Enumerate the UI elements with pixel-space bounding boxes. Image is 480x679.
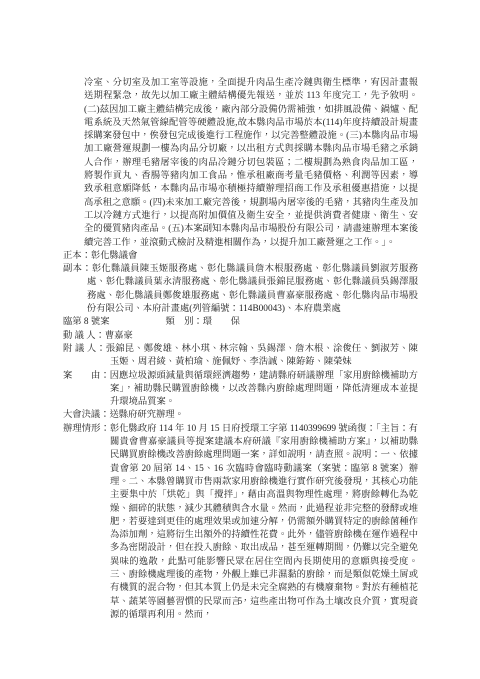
copy-recipients-value: 彰化縣議員陳玉姬服務處、彰化縣議員詹木根服務處、彰化縣議員劉淑芳服務處、彰化縣議… [87,264,418,314]
copy-recipients-label: 副本： [63,264,92,274]
document-body: 冷室、分切室及加工室等設施，全面提升肉品生產冷鏈與衛生標準，宥因計畫報送期程緊急… [63,77,418,622]
subject-label: 案 由： [63,371,110,381]
continuation-paragraph: 冷室、分切室及加工室等設施，全面提升肉品生產冷鏈與衛生標準，宥因計畫報送期程緊急… [63,77,418,250]
handling-label: 辦理情形： [63,424,110,434]
case-header: 臨第 8 號案類 別：環 保 [63,316,418,329]
original-recipient-value: 彰化縣議會 [91,251,138,261]
case-category-label: 類 別： [166,317,203,327]
document-page: 冷室、分切室及加工室等設施，全面提升肉品生產冷鏈與衛生標準，宥因計畫報送期程緊急… [0,0,480,679]
case-category-value: 環 保 [203,317,240,327]
seconders-value: 張錦昆、鄭俊雄、林小琪、林宗翰、吳錫澤、詹木根、涂俊任、劉淑芳、陳玉姬、周君綾、… [106,344,418,367]
case-number: 臨第 8 號案 [63,317,110,327]
subject-row: 案 由：因應垃圾源頭減量與循環經濟趨勢，建請縣府研議辦理「家用廚餘機補助方案」，… [63,370,418,410]
resolution-label: 大會決議： [63,410,110,420]
mover-row: 動 議 人：曹嘉豪 [63,330,418,343]
original-recipient-line: 正本：彰化縣議會 [63,250,418,263]
page-number: 5 [0,596,480,606]
seconders-label: 附 議 人： [63,344,106,354]
resolution-value: 送縣府研究辦理。 [110,410,184,420]
original-recipient-label: 正本： [63,251,91,261]
mover-label: 動 議 人： [63,331,105,341]
seconders-row: 附 議 人：張錦昆、鄭俊雄、林小琪、林宗翰、吳錫澤、詹木根、涂俊任、劉淑芳、陳玉… [63,343,418,370]
subject-value: 因應垃圾源頭減量與循環經濟趨勢，建請縣府研議辦理「家用廚餘機補助方案」，補助縣民… [110,371,418,408]
handling-value: 彰化縣政府 114 年 10 月 15 日府授環工字第 1140399699 號… [110,424,418,620]
resolution-row: 大會決議：送縣府研究辦理。 [63,409,418,422]
copy-recipients-line: 副本：彰化縣議員陳玉姬服務處、彰化縣議員詹木根服務處、彰化縣議員劉淑芳服務處、彰… [63,263,418,316]
handling-row: 辦理情形：彰化縣政府 114 年 10 月 15 日府授環工字第 1140399… [63,423,418,622]
mover-value: 曹嘉豪 [105,331,133,341]
